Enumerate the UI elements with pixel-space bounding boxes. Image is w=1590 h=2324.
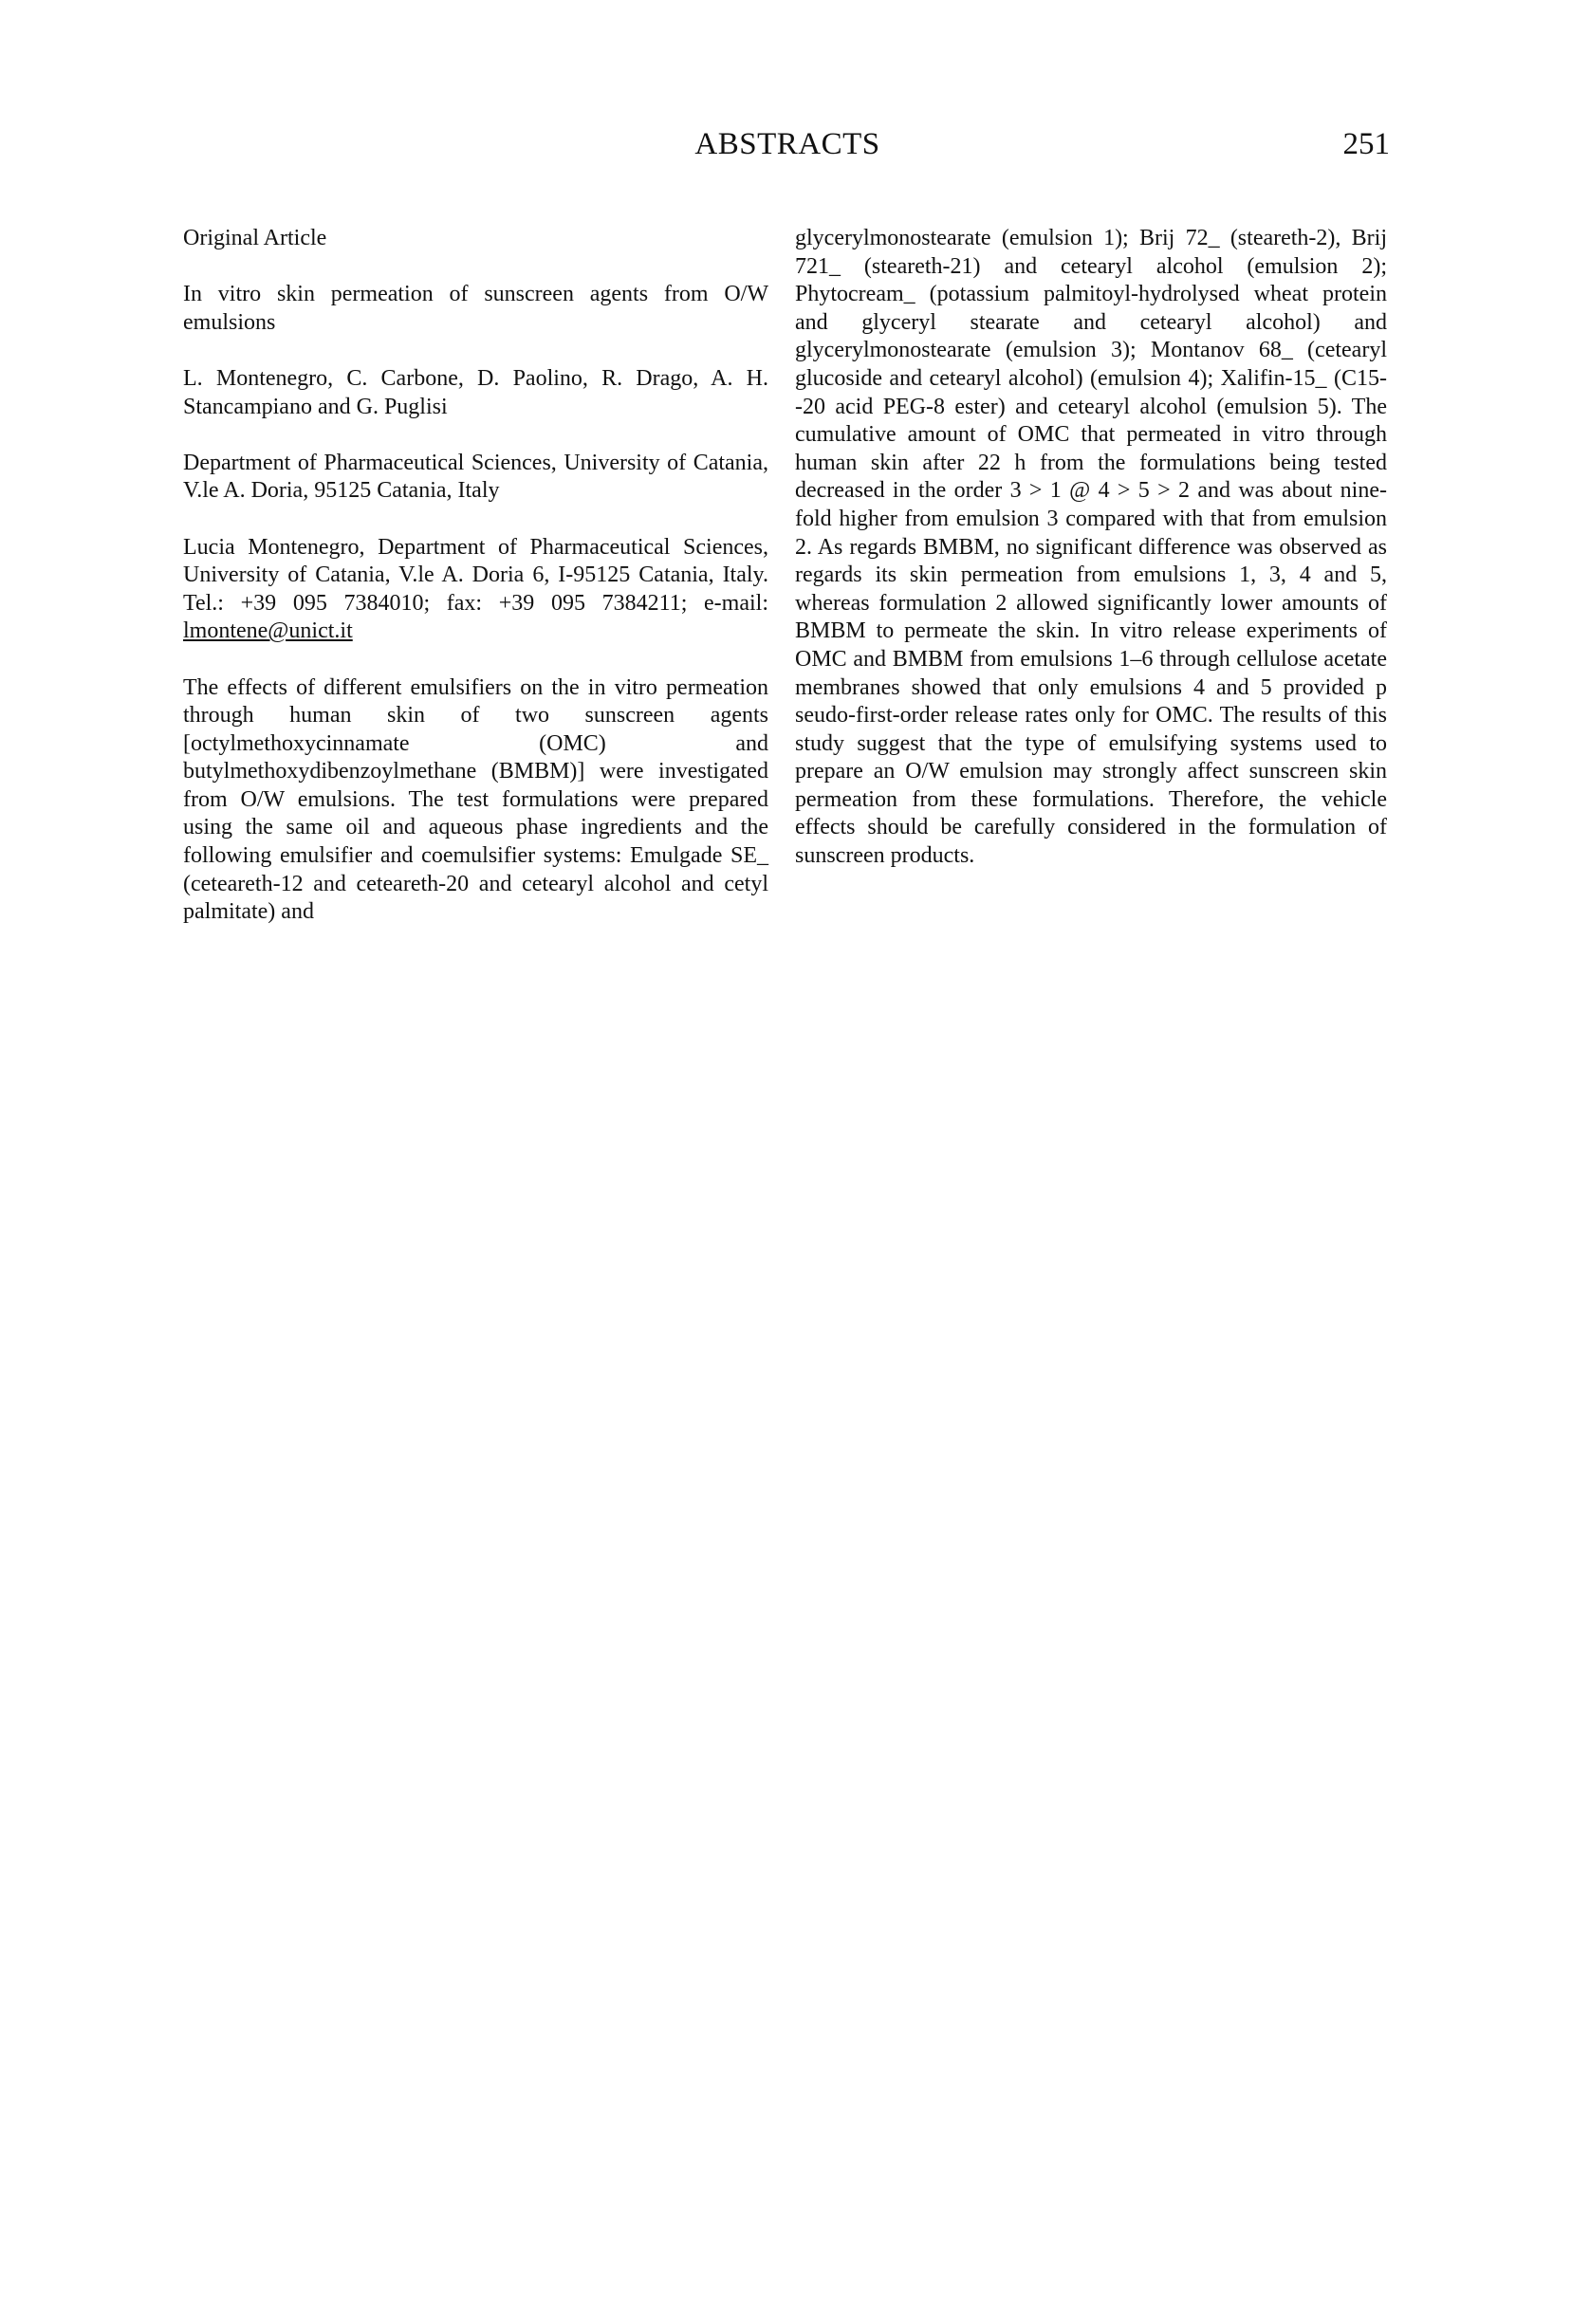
abstract-body-right: glycerylmonostearate (emulsion 1); Brij … xyxy=(795,225,1387,871)
article-affiliation: Department of Pharmaceutical Sciences, U… xyxy=(183,450,768,506)
article-title: In vitro skin permeation of sunscreen ag… xyxy=(183,281,768,337)
email-link[interactable]: lmontene@unict.it xyxy=(183,618,353,643)
correspondence-text: Lucia Montenegro, Department of Pharmace… xyxy=(183,535,768,616)
article-type: Original Article xyxy=(183,225,768,253)
running-title: ABSTRACTS xyxy=(0,125,1575,163)
article-authors: L. Montenegro, C. Carbone, D. Paolino, R… xyxy=(183,365,768,421)
page-number: 251 xyxy=(1343,125,1391,163)
running-head: ABSTRACTS 251 xyxy=(0,125,1590,163)
abstract-body-left: The effects of different emulsifiers on … xyxy=(183,674,768,927)
correspondence: Lucia Montenegro, Department of Pharmace… xyxy=(183,534,768,646)
left-column: Original Article In vitro skin permeatio… xyxy=(183,225,768,927)
right-column: glycerylmonostearate (emulsion 1); Brij … xyxy=(795,225,1387,871)
